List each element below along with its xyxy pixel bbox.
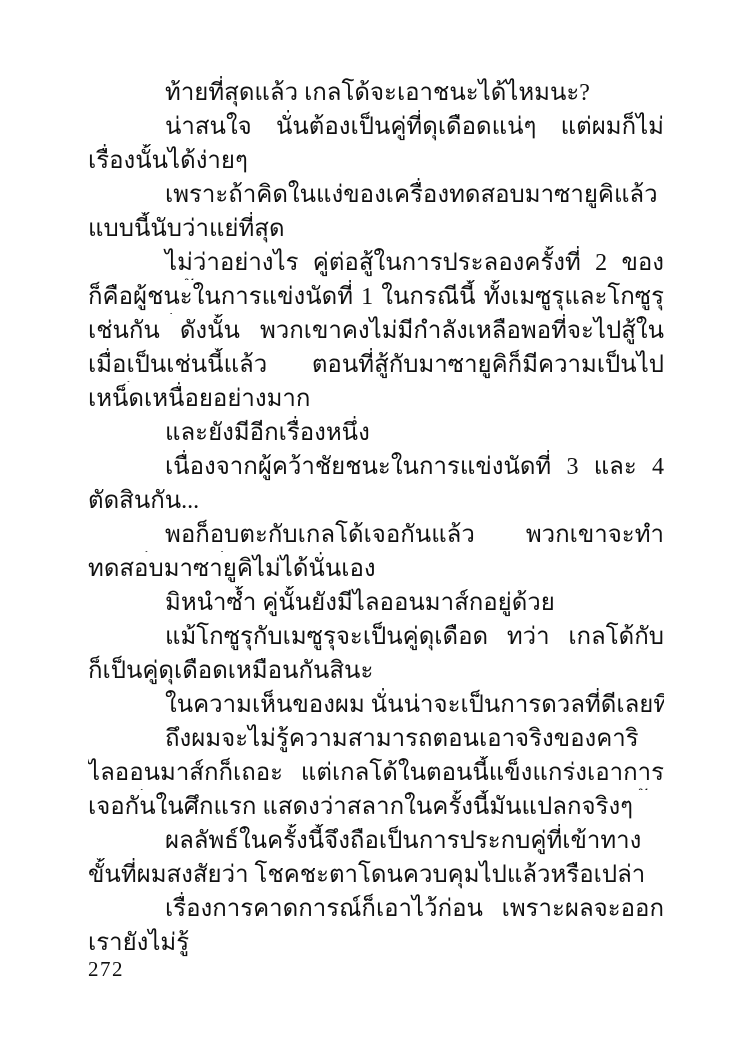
text-line: น่าสนใจ นั่นต้องเป็นคู่ที่ดุเดือดแน่ๆ แต… bbox=[88, 110, 664, 144]
text-line: ถึงผมจะไม่รู้ความสามารถตอนเอาจริงของคาริ… bbox=[88, 722, 664, 756]
text-line: เช่นกัน ดังนั้น พวกเขาคงไม่มีกำลังเหลือพ… bbox=[88, 314, 664, 348]
text-line: ขั้นที่ผมสงสัยว่า โชคชะตาโดนควบคุมไปแล้ว… bbox=[88, 858, 664, 892]
text-line: และยังมีอีกเรื่องหนึ่ง bbox=[88, 416, 664, 450]
text-line: เพราะถ้าคิดในแง่ของเครื่องทดสอบมาซายูคิแ… bbox=[88, 178, 664, 212]
text-line: เรายังไม่รู้ bbox=[88, 926, 664, 960]
text-line: เรื่องการคาดการณ์ก็เอาไว้ก่อน เพราะผลจะอ… bbox=[88, 892, 664, 926]
body-text: ท้ายที่สุดแล้ว เกลโด้จะเอาชนะได้ไหมนะ?น่… bbox=[88, 76, 664, 960]
text-line: ตัดสินกัน... bbox=[88, 484, 664, 518]
text-line: แบบนี้นับว่าแย่ที่สุด bbox=[88, 212, 664, 246]
text-line: ผลลัพธ์ในครั้งนี้จึงถือเป็นการประกบคู่ที… bbox=[88, 824, 664, 858]
text-line: ทดสอบมาซายูคิไม่ได้นั่นเอง bbox=[88, 552, 664, 586]
text-line: เนื่องจากผู้คว้าชัยชนะในการแข่งนัดที่ 3 … bbox=[88, 450, 664, 484]
text-line: เหน็ดเหนื่อยอย่างมาก bbox=[88, 382, 664, 416]
text-line: ไม่ว่าอย่างไร คู่ต่อสู้ในการประลองครั้งท… bbox=[88, 246, 664, 280]
text-line: เรื่องนั้นได้ง่ายๆ bbox=[88, 144, 664, 178]
text-line: ในความเห็นของผม นั่นน่าจะเป็นการดวลที่ดี… bbox=[88, 688, 664, 722]
text-line: ก็เป็นคู่ดุเดือดเหมือนกันสินะ bbox=[88, 654, 664, 688]
text-line: เจอกันในศึกแรก แสดงว่าสลากในครั้งนี้มันแ… bbox=[88, 790, 664, 824]
book-page: ท้ายที่สุดแล้ว เกลโด้จะเอาชนะได้ไหมนะ?น่… bbox=[0, 0, 738, 1051]
page-number: 272 bbox=[88, 956, 124, 982]
text-line: ก็คือผู้ชนะในการแข่งนัดที่ 1 ในกรณีนี้ ท… bbox=[88, 280, 664, 314]
text-line: เมื่อเป็นเช่นนี้แล้ว ตอนที่สู้กับมาซายูค… bbox=[88, 348, 664, 382]
text-line: พอก็อบตะกับเกลโด้เจอกันแล้ว พวกเขาจะทำหน… bbox=[88, 518, 664, 552]
text-line: มิหนำซ้ำ คู่นั้นยังมีไลออนมาส์กอยู่ด้วย bbox=[88, 586, 664, 620]
text-line: ท้ายที่สุดแล้ว เกลโด้จะเอาชนะได้ไหมนะ? bbox=[88, 76, 664, 110]
text-line: ไลออนมาส์กก็เถอะ แต่เกลโด้ในตอนนี้แข็งแก… bbox=[88, 756, 664, 790]
text-line: แม้โกซูรุกับเมซูรุจะเป็นคู่ดุเดือด ทว่า … bbox=[88, 620, 664, 654]
